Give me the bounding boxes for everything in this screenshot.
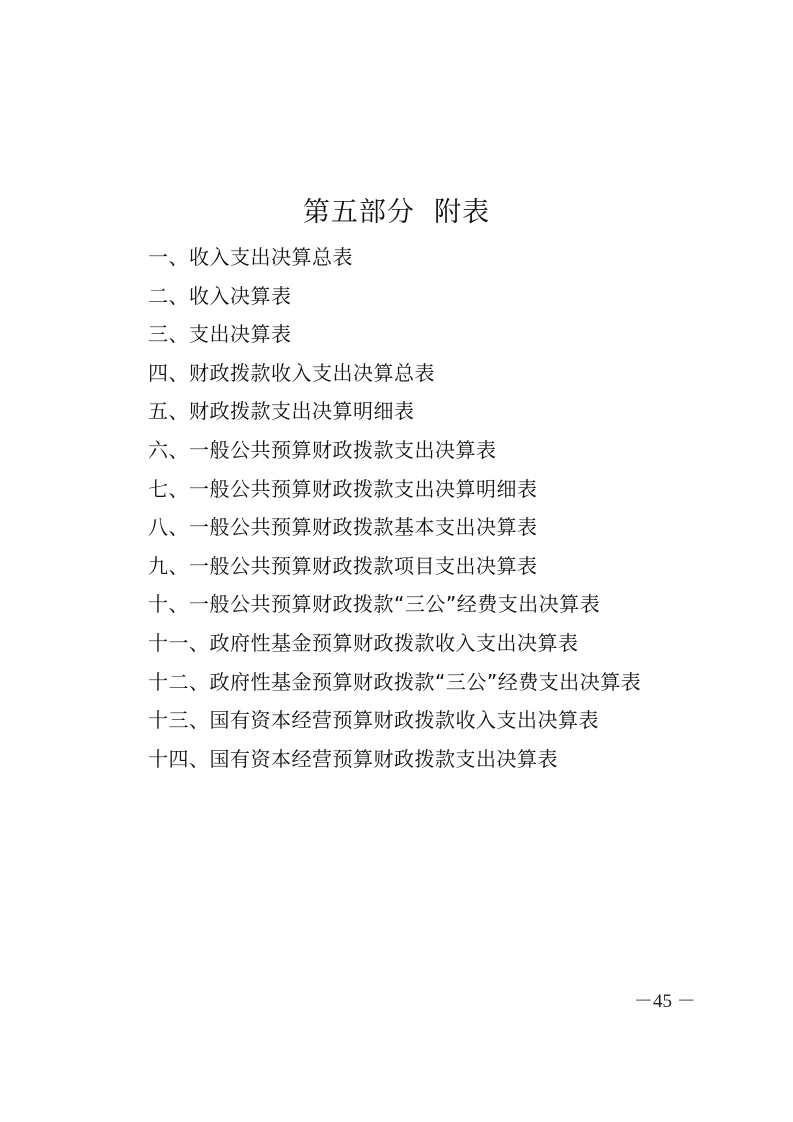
page-number: －45 － bbox=[634, 990, 696, 1014]
list-item-14: 十四、国有资本经营预算财政拨款支出决算表 bbox=[148, 742, 641, 781]
page-title: 第五部分 附表 bbox=[0, 193, 793, 233]
list-item-5: 五、财政拨款支出决算明细表 bbox=[148, 394, 641, 433]
list-item-12: 十二、政府性基金预算财政拨款“三公”经费支出决算表 bbox=[148, 665, 641, 704]
appendix-table-list: 一、收入支出决算总表 二、收入决算表 三、支出决算表 四、财政拨款收入支出决算总… bbox=[148, 240, 641, 780]
document-page: 第五部分 附表 一、收入支出决算总表 二、收入决算表 三、支出决算表 四、财政拨… bbox=[0, 0, 793, 1122]
list-item-10: 十、一般公共预算财政拨款“三公”经费支出决算表 bbox=[148, 587, 641, 626]
list-item-6: 六、一般公共预算财政拨款支出决算表 bbox=[148, 433, 641, 472]
list-item-7: 七、一般公共预算财政拨款支出决算明细表 bbox=[148, 472, 641, 511]
list-item-1: 一、收入支出决算总表 bbox=[148, 240, 641, 279]
list-item-11: 十一、政府性基金预算财政拨款收入支出决算表 bbox=[148, 626, 641, 665]
list-item-8: 八、一般公共预算财政拨款基本支出决算表 bbox=[148, 510, 641, 549]
list-item-3: 三、支出决算表 bbox=[148, 317, 641, 356]
list-item-2: 二、收入决算表 bbox=[148, 279, 641, 318]
list-item-9: 九、一般公共预算财政拨款项目支出决算表 bbox=[148, 549, 641, 588]
list-item-4: 四、财政拨款收入支出决算总表 bbox=[148, 356, 641, 395]
list-item-13: 十三、国有资本经营预算财政拨款收入支出决算表 bbox=[148, 703, 641, 742]
